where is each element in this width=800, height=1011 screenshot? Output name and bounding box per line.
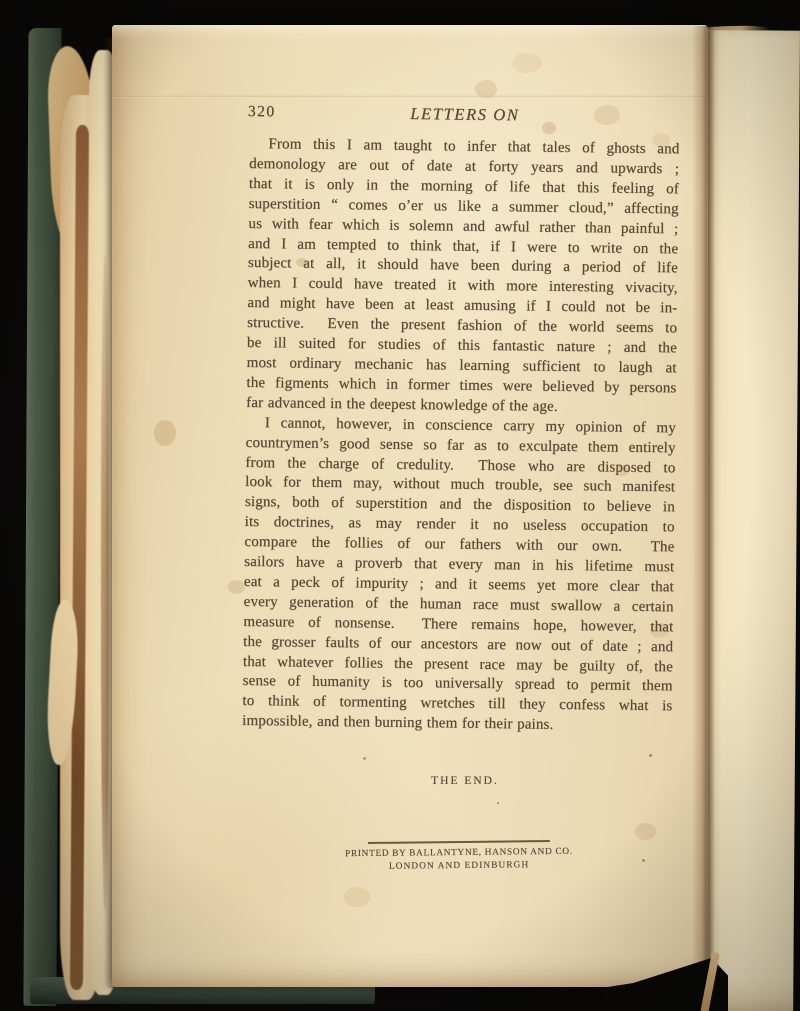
colophon: PRINTED BY BALLANTYNE, HANSON AND CO. LO…	[244, 839, 674, 873]
foxing-spot	[344, 887, 370, 907]
page-number: 320	[248, 103, 276, 121]
foxing-spot	[497, 802, 499, 804]
text-block: 320 LETTERS ON From this I am taught to …	[242, 102, 680, 738]
paragraph: I cannot, however, in conscience carry m…	[242, 414, 676, 738]
paragraph: From this I am taught to infer that tale…	[246, 135, 679, 419]
paper-crease	[112, 95, 708, 98]
the-end-label: THE END.	[250, 775, 680, 787]
book-page: 320 LETTERS ON From this I am taught to …	[112, 25, 708, 987]
location-line: LONDON AND EDINBURGH	[244, 858, 674, 873]
page-header: 320 LETTERS ON	[250, 102, 680, 127]
foxing-spot	[228, 580, 245, 594]
foxing-spot	[475, 80, 497, 98]
colophon-rule	[368, 840, 550, 843]
foxing-spot	[363, 757, 366, 760]
facing-page	[693, 30, 800, 1011]
foxing-spot	[154, 420, 176, 446]
foxing-spot	[512, 53, 542, 73]
foxing-spot	[649, 754, 652, 757]
printer-line: PRINTED BY BALLANTYNE, HANSON AND CO.	[244, 845, 674, 860]
foxing-spot	[635, 823, 656, 840]
running-header: LETTERS ON	[410, 104, 519, 125]
